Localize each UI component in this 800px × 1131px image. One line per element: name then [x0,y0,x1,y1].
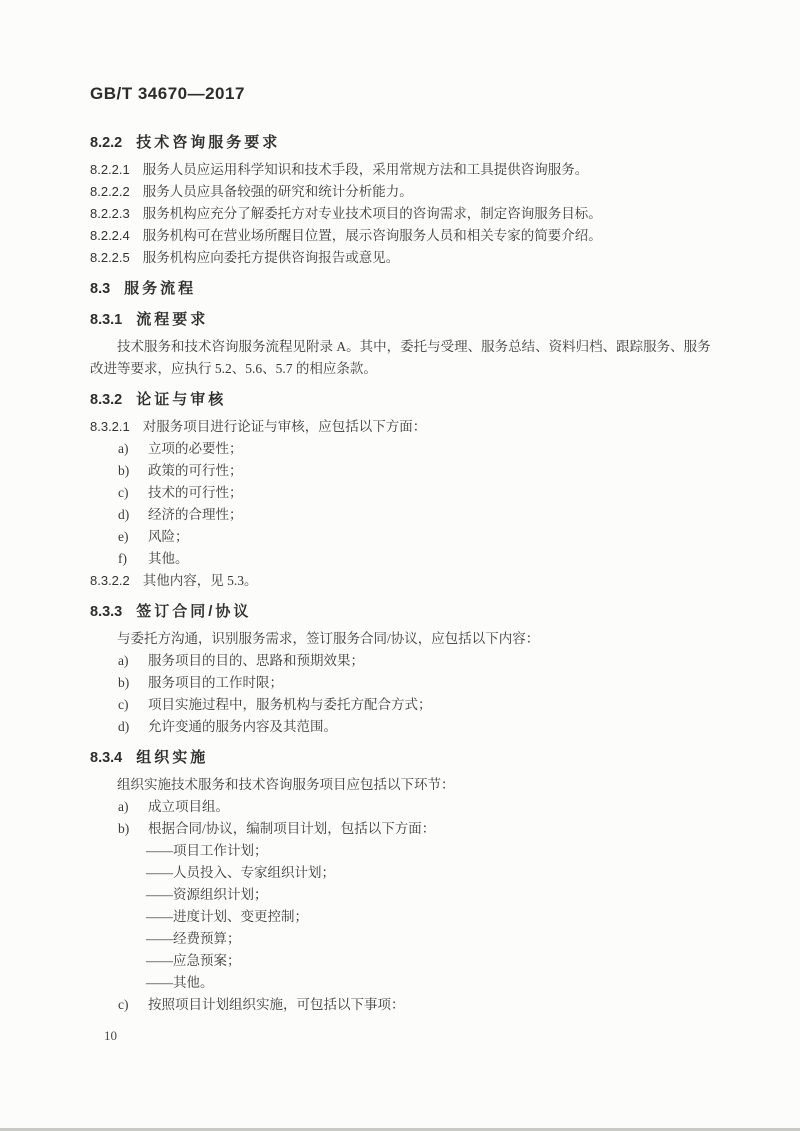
clause-text: 服务人员应具备较强的研究和统计分析能力。 [143,184,413,199]
list-item: a) 立项的必要性； [90,438,712,460]
standard-number: GB/T 34670—2017 [90,84,712,104]
clause-8-2-2-2: 8.2.2.2服务人员应具备较强的研究和统计分析能力。 [90,181,712,203]
section-number: 8.3.3 [90,601,122,623]
paragraph-8-3-1: 技术服务和技术咨询服务流程见附录 A。其中，委托与受理、服务总结、资料归档、跟踪… [90,336,712,380]
dash-item: ——应急预案； [90,950,712,972]
section-number: 8.3.1 [90,309,122,331]
list-item-label: a) [118,650,148,672]
section-heading-8-3-3: 8.3.3 签订合同/协议 [90,601,712,623]
section-title: 流程要求 [136,309,208,331]
clause-number: 8.2.2.5 [90,250,130,265]
list-item-label: c) [118,694,148,716]
list-item: c) 项目实施过程中，服务机构与委托方配合方式； [90,694,712,716]
list-item: f) 其他。 [90,548,712,570]
list-item: c) 按照项目计划组织实施，可包括以下事项： [90,994,712,1016]
clause-number: 8.2.2.1 [90,162,130,177]
section-number: 8.2.2 [90,132,122,154]
section-heading-8-3: 8.3 服务流程 [90,278,712,300]
list-item-label: c) [118,482,148,504]
dash-item: ——进度计划、变更控制； [90,906,712,928]
list-item-text: 风险； [148,526,712,548]
clause-text: 服务机构应向委托方提供咨询报告或意见。 [143,250,400,265]
list-item-text: 经济的合理性； [148,504,712,526]
list-item: b) 政策的可行性； [90,460,712,482]
section-number: 8.3 [90,278,110,300]
list-item-text: 立项的必要性； [148,438,712,460]
section-title: 签订合同/协议 [136,601,251,623]
section-heading-8-3-1: 8.3.1 流程要求 [90,309,712,331]
list-item-label: b) [118,460,148,482]
list-item-text: 技术的可行性； [148,482,712,504]
clause-text: 服务人员应运用科学知识和技术手段，采用常规方法和工具提供咨询服务。 [143,162,589,177]
section-title: 论证与审核 [136,389,226,411]
list-item-label: a) [118,796,148,818]
paragraph-8-3-3: 与委托方沟通，识别服务需求，签订服务合同/协议，应包括以下内容： [90,628,712,650]
page-content: GB/T 34670—2017 8.2.2 技术咨询服务要求 8.2.2.1服务… [90,84,712,1016]
list-item-label: d) [118,504,148,526]
list-item-label: f) [118,548,148,570]
section-heading-8-3-4: 8.3.4 组织实施 [90,747,712,769]
clause-8-3-2-1: 8.3.2.1对服务项目进行论证与审核，应包括以下方面： [90,416,712,438]
clause-8-2-2-3: 8.2.2.3服务机构应充分了解委托方对专业技术项目的咨询需求，制定咨询服务目标… [90,203,712,225]
clause-text: 服务机构应充分了解委托方对专业技术项目的咨询需求，制定咨询服务目标。 [143,206,602,221]
section-title: 组织实施 [136,747,208,769]
clause-number: 8.3.2.1 [90,419,130,434]
section-title: 服务流程 [124,278,196,300]
paragraph-8-3-4: 组织实施技术服务和技术咨询服务项目应包括以下环节： [90,774,712,796]
list-item: c) 技术的可行性； [90,482,712,504]
clause-text: 对服务项目进行论证与审核，应包括以下方面： [143,419,427,434]
list-item: a) 服务项目的目的、思路和预期效果； [90,650,712,672]
list-item-text: 政策的可行性； [148,460,712,482]
clause-text: 其他内容，见 5.3。 [143,573,258,588]
clause-number: 8.2.2.2 [90,184,130,199]
list-item-label: b) [118,818,148,840]
section-heading-8-3-2: 8.3.2 论证与审核 [90,389,712,411]
section-title: 技术咨询服务要求 [136,132,280,154]
section-number: 8.3.4 [90,747,122,769]
list-item-text: 服务项目的工作时限； [148,672,712,694]
dash-item: ——经费预算； [90,928,712,950]
clause-number: 8.2.2.3 [90,206,130,221]
list-item-label: b) [118,672,148,694]
list-item: d) 经济的合理性； [90,504,712,526]
list-item: a) 成立项目组。 [90,796,712,818]
list-item-text: 服务项目的目的、思路和预期效果； [148,650,712,672]
clause-8-2-2-4: 8.2.2.4服务机构可在营业场所醒目位置，展示咨询服务人员和相关专家的简要介绍… [90,225,712,247]
clause-number: 8.3.2.2 [90,573,130,588]
dash-item: ——其他。 [90,972,712,994]
list-item-text: 允许变通的服务内容及其范围。 [148,716,712,738]
list-item-label: d) [118,716,148,738]
dash-item: ——项目工作计划； [90,840,712,862]
page-number: 10 [104,1028,117,1044]
list-item-label: c) [118,994,148,1016]
list-item-text: 根据合同/协议，编制项目计划，包括以下方面： [148,818,712,840]
dash-item: ——资源组织计划； [90,884,712,906]
list-item: b) 根据合同/协议，编制项目计划，包括以下方面： [90,818,712,840]
clause-text: 服务机构可在营业场所醒目位置，展示咨询服务人员和相关专家的简要介绍。 [143,228,602,243]
list-item-label: a) [118,438,148,460]
list-item-text: 成立项目组。 [148,796,712,818]
list-item: b) 服务项目的工作时限； [90,672,712,694]
list-item-label: e) [118,526,148,548]
clause-8-2-2-1: 8.2.2.1服务人员应运用科学知识和技术手段，采用常规方法和工具提供咨询服务。 [90,159,712,181]
list-item: d) 允许变通的服务内容及其范围。 [90,716,712,738]
list-item-text: 项目实施过程中，服务机构与委托方配合方式； [148,694,712,716]
document-page: GB/T 34670—2017 8.2.2 技术咨询服务要求 8.2.2.1服务… [0,0,800,1131]
clause-8-2-2-5: 8.2.2.5服务机构应向委托方提供咨询报告或意见。 [90,247,712,269]
list-item: e) 风险； [90,526,712,548]
list-item-text: 按照项目计划组织实施，可包括以下事项： [148,994,712,1016]
clause-8-3-2-2: 8.3.2.2其他内容，见 5.3。 [90,570,712,592]
section-number: 8.3.2 [90,389,122,411]
clause-number: 8.2.2.4 [90,228,130,243]
section-heading-8-2-2: 8.2.2 技术咨询服务要求 [90,132,712,154]
list-item-text: 其他。 [148,548,712,570]
dash-item: ——人员投入、专家组织计划； [90,862,712,884]
